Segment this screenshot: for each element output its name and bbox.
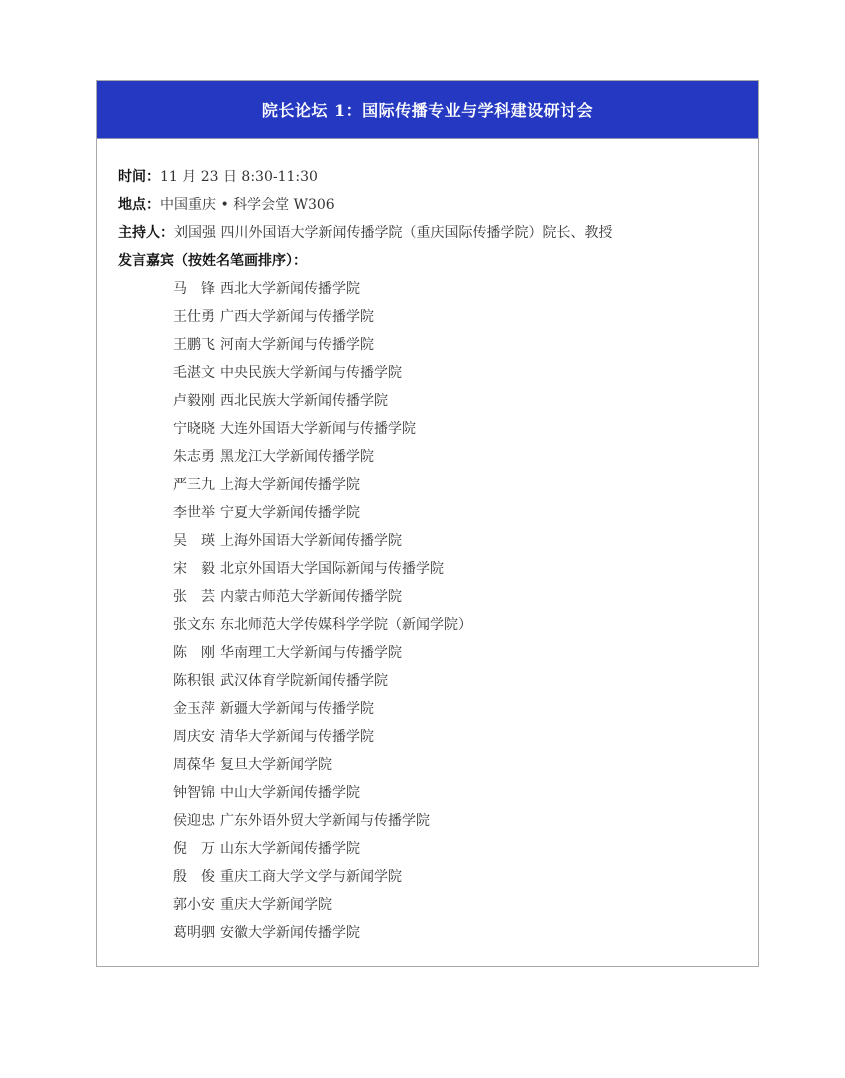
speaker-name: 周庆安 bbox=[173, 723, 215, 751]
speaker-affiliation: 安徽大学新闻传播学院 bbox=[220, 919, 360, 947]
speaker-row: 张文东东北师范大学传媒科学学院（新闻学院） bbox=[173, 611, 758, 639]
speaker-affiliation: 复旦大学新闻学院 bbox=[220, 751, 332, 779]
speaker-affiliation: 山东大学新闻传播学院 bbox=[220, 835, 360, 863]
host-value: 刘国强 四川外国语大学新闻传播学院（重庆国际传播学院）院长、教授 bbox=[174, 225, 612, 241]
speaker-name: 侯迎忠 bbox=[173, 807, 215, 835]
speaker-row: 宋毅北京外国语大学国际新闻与传播学院 bbox=[173, 555, 758, 583]
speaker-list: 马锋西北大学新闻传播学院 王仕勇广西大学新闻与传播学院 王鹏飞河南大学新闻与传播… bbox=[173, 275, 758, 947]
speaker-affiliation: 宁夏大学新闻传播学院 bbox=[220, 499, 360, 527]
speaker-name: 李世举 bbox=[173, 499, 215, 527]
speaker-affiliation: 清华大学新闻与传播学院 bbox=[220, 723, 374, 751]
speaker-row: 马锋西北大学新闻传播学院 bbox=[173, 275, 758, 303]
speaker-affiliation: 内蒙古师范大学新闻传播学院 bbox=[220, 583, 402, 611]
speaker-name: 马锋 bbox=[173, 275, 215, 303]
speaker-name: 严三九 bbox=[173, 471, 215, 499]
location-line: 地点：中国重庆 • 科学会堂 W306 bbox=[118, 191, 758, 219]
speaker-name: 宋毅 bbox=[173, 555, 215, 583]
speaker-row: 李世举宁夏大学新闻传播学院 bbox=[173, 499, 758, 527]
host-line: 主持人：刘国强 四川外国语大学新闻传播学院（重庆国际传播学院）院长、教授 bbox=[118, 219, 758, 247]
speaker-affiliation: 重庆工商大学文学与新闻学院 bbox=[220, 863, 402, 891]
speaker-name: 王鹏飞 bbox=[173, 331, 215, 359]
speaker-affiliation: 黑龙江大学新闻传播学院 bbox=[220, 443, 374, 471]
speaker-name: 葛明驷 bbox=[173, 919, 215, 947]
speaker-name: 陈积银 bbox=[173, 667, 215, 695]
card-body: 时间：11 月 23 日 8:30-11:30 地点：中国重庆 • 科学会堂 W… bbox=[97, 139, 758, 947]
speaker-name: 金玉萍 bbox=[173, 695, 215, 723]
time-label: 时间： bbox=[118, 169, 160, 185]
speaker-affiliation: 新疆大学新闻与传播学院 bbox=[220, 695, 374, 723]
speaker-affiliation: 北京外国语大学国际新闻与传播学院 bbox=[220, 555, 444, 583]
speaker-row: 张芸内蒙古师范大学新闻传播学院 bbox=[173, 583, 758, 611]
speaker-row: 周葆华复旦大学新闻学院 bbox=[173, 751, 758, 779]
speaker-affiliation: 东北师范大学传媒科学学院（新闻学院） bbox=[220, 611, 472, 639]
speaker-affiliation: 河南大学新闻与传播学院 bbox=[220, 331, 374, 359]
speaker-affiliation: 广西大学新闻与传播学院 bbox=[220, 303, 374, 331]
time-line: 时间：11 月 23 日 8:30-11:30 bbox=[118, 163, 758, 191]
speaker-row: 朱志勇黑龙江大学新闻传播学院 bbox=[173, 443, 758, 471]
speaker-row: 吴瑛上海外国语大学新闻传播学院 bbox=[173, 527, 758, 555]
speaker-name: 郭小安 bbox=[173, 891, 215, 919]
speaker-name: 毛湛文 bbox=[173, 359, 215, 387]
speaker-row: 倪万山东大学新闻传播学院 bbox=[173, 835, 758, 863]
speaker-name: 宁晓晓 bbox=[173, 415, 215, 443]
speaker-row: 钟智锦中山大学新闻传播学院 bbox=[173, 779, 758, 807]
speakers-heading: 发言嘉宾（按姓名笔画排序）： bbox=[118, 253, 307, 269]
host-label: 主持人： bbox=[118, 225, 174, 241]
speaker-row: 王仕勇广西大学新闻与传播学院 bbox=[173, 303, 758, 331]
speaker-affiliation: 重庆大学新闻学院 bbox=[220, 891, 332, 919]
speaker-name: 王仕勇 bbox=[173, 303, 215, 331]
speaker-row: 殷俊重庆工商大学文学与新闻学院 bbox=[173, 863, 758, 891]
speaker-affiliation: 中央民族大学新闻与传播学院 bbox=[220, 359, 402, 387]
time-value: 11 月 23 日 8:30-11:30 bbox=[160, 169, 318, 185]
speaker-name: 倪万 bbox=[173, 835, 215, 863]
speaker-row: 宁晓晓大连外国语大学新闻与传播学院 bbox=[173, 415, 758, 443]
speaker-affiliation: 广东外语外贸大学新闻与传播学院 bbox=[220, 807, 430, 835]
card-header: 院长论坛 1：国际传播专业与学科建设研讨会 bbox=[97, 81, 758, 139]
speaker-row: 陈积银武汉体育学院新闻传播学院 bbox=[173, 667, 758, 695]
speaker-affiliation: 西北大学新闻传播学院 bbox=[220, 275, 360, 303]
speakers-heading-line: 发言嘉宾（按姓名笔画排序）： bbox=[118, 247, 758, 275]
speaker-row: 金玉萍新疆大学新闻与传播学院 bbox=[173, 695, 758, 723]
speaker-affiliation: 武汉体育学院新闻传播学院 bbox=[220, 667, 388, 695]
speaker-affiliation: 大连外国语大学新闻与传播学院 bbox=[220, 415, 416, 443]
location-value: 中国重庆 • 科学会堂 W306 bbox=[160, 197, 335, 213]
speaker-row: 严三九上海大学新闻传播学院 bbox=[173, 471, 758, 499]
location-label: 地点： bbox=[118, 197, 160, 213]
speaker-affiliation: 西北民族大学新闻传播学院 bbox=[220, 387, 388, 415]
forum-title: 院长论坛 1：国际传播专业与学科建设研讨会 bbox=[262, 98, 593, 121]
speaker-name: 吴瑛 bbox=[173, 527, 215, 555]
forum-info-card: 院长论坛 1：国际传播专业与学科建设研讨会 时间：11 月 23 日 8:30-… bbox=[96, 80, 759, 967]
speaker-affiliation: 上海大学新闻传播学院 bbox=[220, 471, 360, 499]
speaker-name: 钟智锦 bbox=[173, 779, 215, 807]
speaker-affiliation: 华南理工大学新闻与传播学院 bbox=[220, 639, 402, 667]
speaker-affiliation: 上海外国语大学新闻传播学院 bbox=[220, 527, 402, 555]
speaker-name: 陈刚 bbox=[173, 639, 215, 667]
speaker-row: 卢毅刚西北民族大学新闻传播学院 bbox=[173, 387, 758, 415]
speaker-name: 周葆华 bbox=[173, 751, 215, 779]
speaker-row: 王鹏飞河南大学新闻与传播学院 bbox=[173, 331, 758, 359]
speaker-name: 张芸 bbox=[173, 583, 215, 611]
speaker-row: 郭小安重庆大学新闻学院 bbox=[173, 891, 758, 919]
speaker-name: 朱志勇 bbox=[173, 443, 215, 471]
speaker-row: 侯迎忠广东外语外贸大学新闻与传播学院 bbox=[173, 807, 758, 835]
speaker-name: 卢毅刚 bbox=[173, 387, 215, 415]
speaker-row: 毛湛文中央民族大学新闻与传播学院 bbox=[173, 359, 758, 387]
speaker-row: 周庆安清华大学新闻与传播学院 bbox=[173, 723, 758, 751]
speaker-name: 张文东 bbox=[173, 611, 215, 639]
speaker-row: 陈刚华南理工大学新闻与传播学院 bbox=[173, 639, 758, 667]
speaker-row: 葛明驷安徽大学新闻传播学院 bbox=[173, 919, 758, 947]
speaker-name: 殷俊 bbox=[173, 863, 215, 891]
speaker-affiliation: 中山大学新闻传播学院 bbox=[220, 779, 360, 807]
